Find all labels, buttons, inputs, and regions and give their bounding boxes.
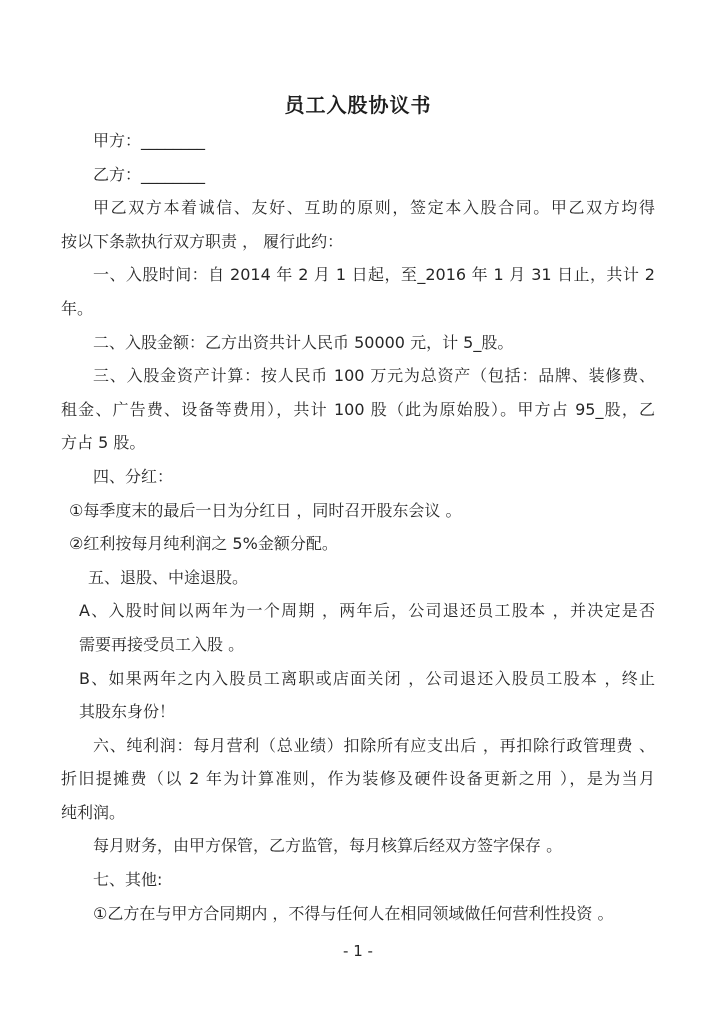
doc-line-clause-1: 一、入股时间：自 2014 年 2 月 1 日起，至_2016 年 1 月 31… <box>61 258 655 292</box>
doc-line: 需要再接受员工入股 。 <box>61 628 655 662</box>
doc-line: 纯利润。 <box>61 796 655 830</box>
doc-line-clause-3: 三、入股金资产计算：按人民币 100 万元为总资产（包括：品牌、装修费、 <box>61 359 655 393</box>
doc-line-sub-a: A、入股时间以两年为一个周期 ，两年后，公司退还员工股本 ，并决定是否 <box>61 594 655 628</box>
document-content: 员工入股协议书 甲方：________ 乙方：________ 甲乙双方本着诚信… <box>61 86 655 969</box>
doc-line-clause-5: 五、退股、中途退股。 <box>61 561 655 595</box>
doc-line-item-1: ①每季度末的最后一日为分红日 ，同时召开股东会议 。 <box>61 494 655 528</box>
doc-line: 租金、广告费、设备等费用），共计 100 股（此为原始股）。甲方占 95_股，乙 <box>61 393 655 427</box>
doc-line-sub-b: B、如果两年之内入股员工离职或店面关闭 ，公司退还入股员工股本 ，终止 <box>61 662 655 696</box>
document-title: 员工入股协议书 <box>61 86 655 124</box>
doc-line: 甲乙双方本着诚信、友好、互助的原则，签定本入股合同。甲乙双方均得 <box>61 191 655 225</box>
doc-line-item-1b: ①乙方在与甲方合同期内 ，不得与任何人在相同领域做任何营利性投资 。 <box>61 897 655 931</box>
doc-line-item-2: ②红利按每月纯利润之 5%金额分配。 <box>61 527 655 561</box>
doc-line: 其股东身份！ <box>61 695 655 729</box>
document-page: 员工入股协议书 甲方：________ 乙方：________ 甲乙双方本着诚信… <box>0 0 720 1017</box>
doc-line-clause-6: 六、纯利润：每月营利（总业绩）扣除所有应支出后 ，再扣除行政管理费 、 <box>61 729 655 763</box>
doc-line: 折旧提摊费（以 2 年为计算准则，作为装修及硬件设备更新之用 ），是为当月 <box>61 762 655 796</box>
doc-line: 年。 <box>61 292 655 326</box>
doc-line: 方占 5 股。 <box>61 426 655 460</box>
doc-line: 每月财务，由甲方保管，乙方监管，每月核算后经双方签字保存 。 <box>61 829 655 863</box>
doc-line-party-a: 甲方：________ <box>61 124 655 158</box>
doc-line-party-b: 乙方：________ <box>61 158 655 192</box>
doc-line-clause-4: 四、分红： <box>61 460 655 494</box>
doc-line-clause-7: 七、其他: <box>61 863 655 897</box>
page-number: - 1 - <box>61 935 655 969</box>
doc-line-clause-2: 二、入股金额：乙方出资共计人民币 50000 元，计 5_股。 <box>61 326 655 360</box>
doc-line: 按以下条款执行双方职责 ， 履行此约： <box>61 225 655 259</box>
